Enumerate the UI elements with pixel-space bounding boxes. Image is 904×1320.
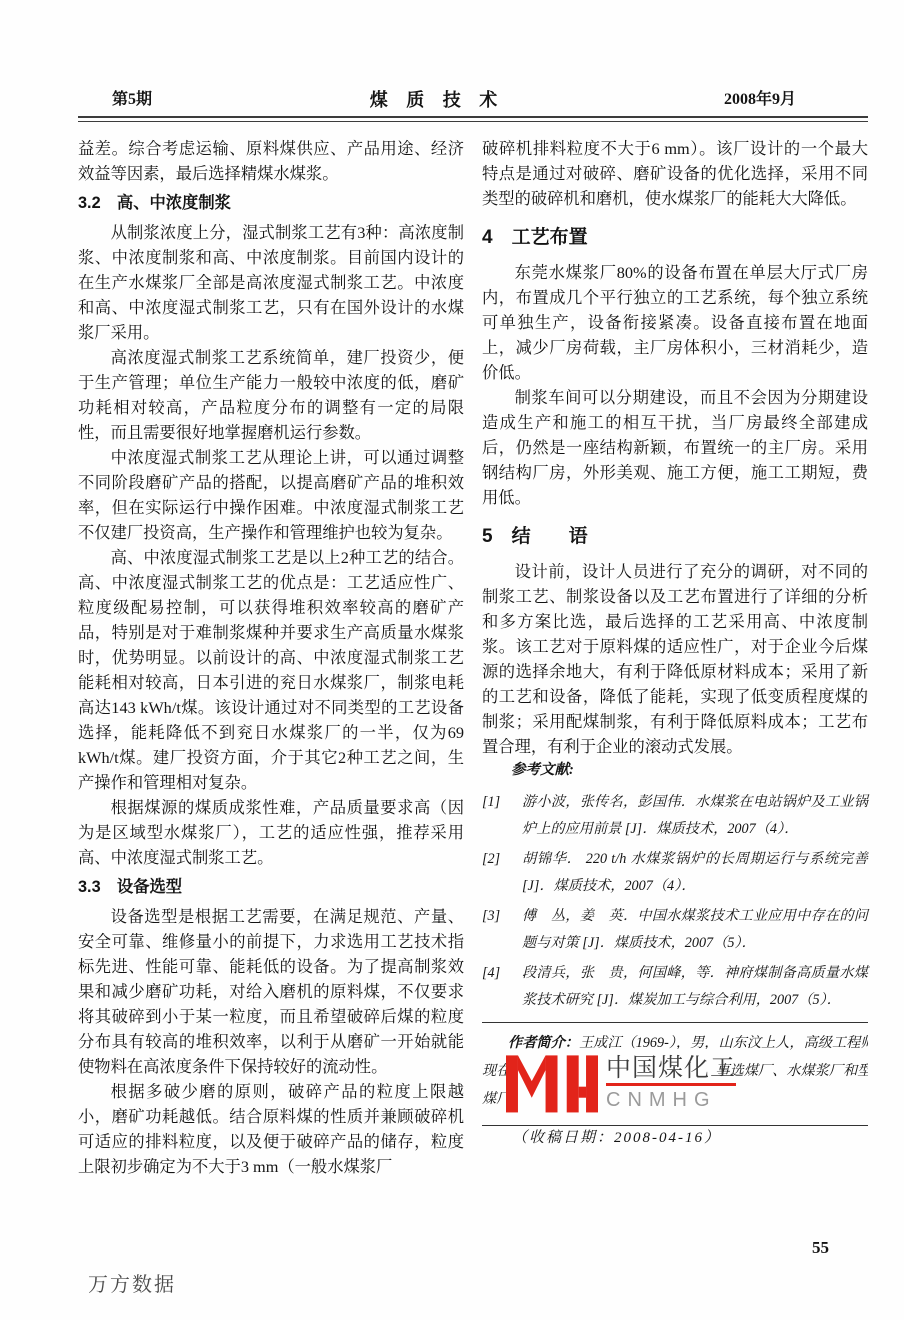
section-heading-4: 4 工艺布置 <box>482 225 868 250</box>
reference-number: [1] <box>482 789 508 843</box>
references-label: 参考文献: <box>482 759 868 781</box>
paragraph: 高、中浓度湿式制浆工艺是以上2种工艺的结合。高、中浓度湿式制浆工艺的优点是：工艺… <box>78 545 464 795</box>
reference-text: 游小波，张传名，彭国伟．水煤浆在电站锅炉及工业锅炉上的应用前景 [J]．煤质技术… <box>522 789 868 843</box>
author-rule-top <box>482 1022 868 1023</box>
cnmhg-logo-icon <box>506 1053 598 1113</box>
reference-text: 胡锦华． 220 t/h 水煤浆锅炉的长周期运行与系统完善 [J]．煤质技术，2… <box>522 846 868 900</box>
paragraph: 高浓度湿式制浆工艺系统简单，建厂投资少，便于生产管理；单位生产能力一般较中浓度的… <box>78 345 464 445</box>
author-bio: 作者简介：王成江（1969-），男，山东汶上人，高级工程师， 现在事选煤厂、水煤… <box>482 1029 868 1117</box>
issue-date: 2008年9月 <box>724 86 796 109</box>
paragraph: 制浆车间可以分期建设，而且不会因为分期建设造成生产和施工的相互干扰，当厂房最终全… <box>482 385 868 510</box>
reference-item: [3] 傅 丛，姜 英．中国水煤浆技术工业应用中存在的问题与对策 [J]．煤质技… <box>482 903 868 957</box>
paragraph: 根据多破少磨的原则，破碎产品的粒度上限越小，磨矿功耗越低。结合原料煤的性质并兼顾… <box>78 1079 464 1179</box>
author-bio-text: 事选煤厂、水煤浆厂和型 <box>715 1063 868 1079</box>
page-header: 第5期 煤 质 技 术 2008年9月 <box>78 86 796 110</box>
journal-title: 煤 质 技 术 <box>78 86 796 112</box>
received-date: （收稿日期：2008-04-16） <box>482 1126 868 1151</box>
reference-item: [1] 游小波，张传名，彭国伟．水煤浆在电站锅炉及工业锅炉上的应用前景 [J]．… <box>482 789 868 843</box>
paragraph: 设备选型是根据工艺需要，在满足规范、产量、安全可靠、维修量小的前提下，力求选用工… <box>78 904 464 1079</box>
subsection-heading-3-3: 3.3 设备选型 <box>78 875 464 900</box>
reference-item: [4] 段清兵，张 贵，何国峰，等．神府煤制备高质量水煤浆技术研究 [J]．煤炭… <box>482 960 868 1014</box>
paragraph: 根据煤源的煤质成浆性难，产品质量要求高（因为是区域型水煤浆厂），工艺的适应性强，… <box>78 795 464 870</box>
paragraph: 从制浆浓度上分，湿式制浆工艺有3种：高浓度制浆、中浓度制浆和高、中浓度制浆。目前… <box>78 220 464 345</box>
cnmhg-subtitle: CNMHG <box>606 1088 736 1112</box>
left-column: 益差。综合考虑运输、原料煤供应、产品用途、经济效益等因素，最后选择精煤水煤浆。 … <box>78 136 464 1179</box>
cnmhg-watermark: 中国煤化工 CNMHG <box>506 1049 714 1117</box>
paragraph: 破碎机排料粒度不大于6 mm）。该厂设计的一个最大特点是通过对破碎、磨矿设备的优… <box>482 136 868 211</box>
right-column: 破碎机排料粒度不大于6 mm）。该厂设计的一个最大特点是通过对破碎、磨矿设备的优… <box>482 136 868 1151</box>
cnmhg-text-block: 中国煤化工 CNMHG <box>606 1054 736 1112</box>
paragraph: 设计前，设计人员进行了充分的调研，对不同的制浆工艺、制浆设备以及工艺布置进行了详… <box>482 559 868 759</box>
paragraph: 益差。综合考虑运输、原料煤供应、产品用途、经济效益等因素，最后选择精煤水煤浆。 <box>78 136 464 186</box>
reference-text: 傅 丛，姜 英．中国水煤浆技术工业应用中存在的问题与对策 [J]．煤质技术，20… <box>522 903 868 957</box>
paragraph: 中浓度湿式制浆工艺从理论上讲，可以通过调整不同阶段磨矿产品的搭配，以提高磨矿产品… <box>78 445 464 545</box>
cnmhg-title: 中国煤化工 <box>606 1054 736 1086</box>
subsection-heading-3-2: 3.2 高、中浓度制浆 <box>78 191 464 216</box>
references-list: [1] 游小波，张传名，彭国伟．水煤浆在电站锅炉及工业锅炉上的应用前景 [J]．… <box>482 789 868 1014</box>
section-heading-5: 5 结 语 <box>482 524 868 549</box>
reference-number: [2] <box>482 846 508 900</box>
reference-number: [3] <box>482 903 508 957</box>
page-number: 55 <box>812 1238 829 1258</box>
reference-text: 段清兵，张 贵，何国峰，等．神府煤制备高质量水煤浆技术研究 [J]．煤炭加工与综… <box>522 960 868 1014</box>
header-double-rule <box>78 116 868 122</box>
reference-number: [4] <box>482 960 508 1014</box>
paragraph: 东莞水煤浆厂80%的设备布置在单层大厅式厂房内，布置成几个平行独立的工艺系统，每… <box>482 260 868 385</box>
reference-item: [2] 胡锦华． 220 t/h 水煤浆锅炉的长周期运行与系统完善 [J]．煤质… <box>482 846 868 900</box>
journal-page: 第5期 煤 质 技 术 2008年9月 益差。综合考虑运输、原料煤供应、产品用途… <box>0 0 904 1320</box>
wanfang-scan-watermark: 万方数据 <box>88 1268 176 1297</box>
